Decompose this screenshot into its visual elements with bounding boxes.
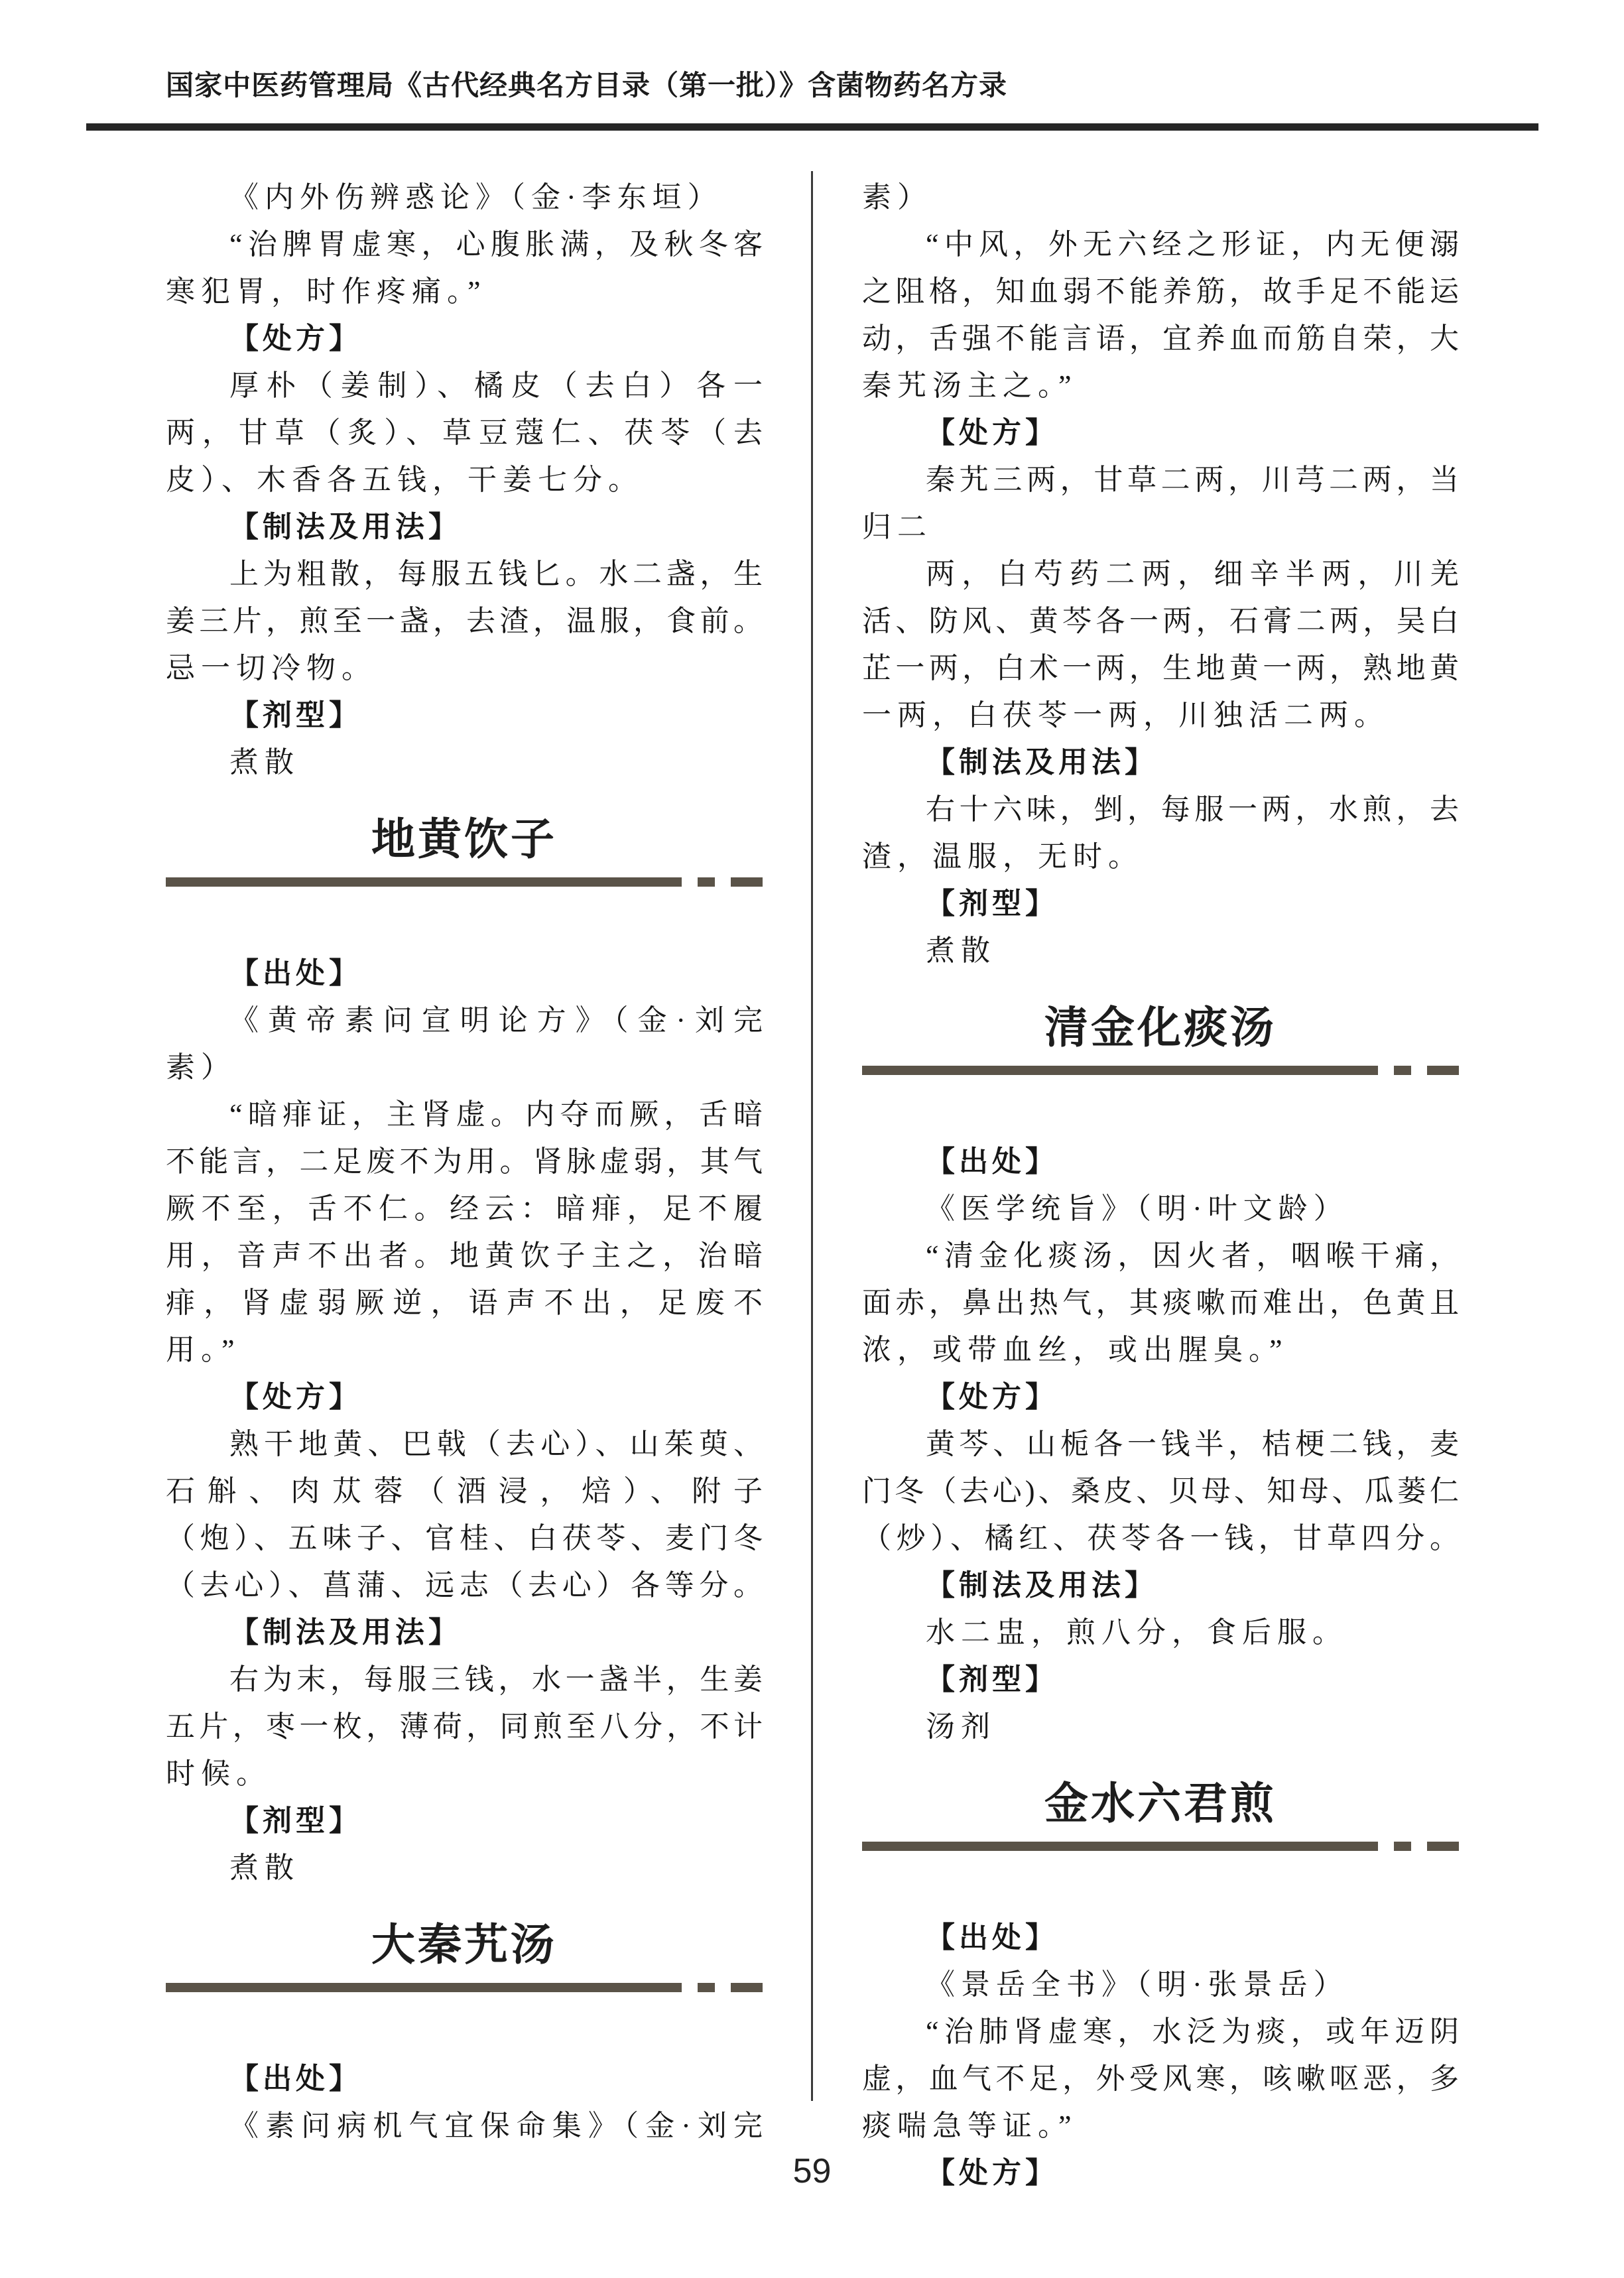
text-line: 素）: [862, 174, 1459, 221]
section-rule-gap: [1411, 1066, 1427, 1075]
text-line: 【制法及用法】: [862, 1562, 1459, 1609]
text-line: 厚朴（姜制）、橘皮（去白）各一: [166, 362, 763, 409]
section-rule-bar: [1427, 1066, 1459, 1075]
text-line: 【处方】: [862, 409, 1459, 456]
section-rule: [166, 1983, 763, 1992]
section-rule-bar: [862, 1842, 1378, 1851]
book-page: { "header": { "title": "国家中医药管理局《古代经典名方目…: [0, 0, 1624, 2278]
text-line: 《素问病机气宜保命集》（金·刘完: [166, 2102, 763, 2149]
text-line: 两，白芍药二两，细辛半两，川羌: [862, 550, 1459, 598]
text-line: 痰喘急等证。”: [862, 2102, 1459, 2149]
section-title: 地黄饮子: [166, 815, 763, 863]
section-rule-gap: [1378, 1066, 1394, 1075]
text-line: 门冬（去心)、桑皮、贝母、知母、瓜蒌仁: [862, 1468, 1459, 1515]
text-line: 归二: [862, 503, 1459, 550]
text-line: 两，甘草（炙）、草豆蔻仁、茯苓（去: [166, 409, 763, 456]
text-line: 忌一切冷物。: [166, 645, 763, 692]
text-line: 煮散: [166, 1844, 763, 1891]
text-line: 上为粗散，每服五钱匕。水二盏，生: [166, 550, 763, 598]
text-line: 用。”: [166, 1326, 763, 1373]
text-line: 【处方】: [166, 1373, 763, 1421]
text-line: 【剂型】: [166, 1797, 763, 1844]
text-line: “清金化痰汤，因火者，咽喉干痛，: [862, 1232, 1459, 1279]
text-line: 【出处】: [166, 2055, 763, 2102]
text-line: 寒犯胃，时作疼痛。”: [166, 268, 763, 315]
text-line: “治脾胃虚寒，心腹胀满，及秋冬客: [166, 221, 763, 268]
formula-section-heading: 大秦艽汤: [166, 1921, 763, 1992]
text-line: 时候。: [166, 1750, 763, 1797]
section-rule-bar: [731, 1983, 763, 1992]
section-rule-gap: [1411, 1842, 1427, 1851]
section-title: 大秦艽汤: [166, 1921, 763, 1968]
text-line: 秦艽三两，甘草二两，川芎二两，当: [862, 456, 1459, 503]
section-rule-bar: [698, 877, 715, 887]
text-line: 【制法及用法】: [862, 739, 1459, 786]
text-line: 动，舌强不能言语，宜养血而筋自荣，大: [862, 315, 1459, 362]
text-line: “中风，外无六经之形证，内无便溺: [862, 221, 1459, 268]
text-line: 煮散: [166, 739, 763, 786]
column-divider: [811, 171, 813, 2101]
text-line: 《医学统旨》（明·叶文龄）: [862, 1185, 1459, 1232]
text-line: 活、防风、黄芩各一两，石膏二两，吴白: [862, 598, 1459, 645]
text-line: 姜三片，煎至一盏，去渣，温服，食前。: [166, 598, 763, 645]
text-line: （去心）、菖蒲、远志（去心）各等分。: [166, 1562, 763, 1609]
section-title: 金水六君煎: [862, 1779, 1459, 1827]
text-line: 【出处】: [862, 1138, 1459, 1185]
left-column: 《内外伤辨惑论》（金·李东垣）“治脾胃虚寒，心腹胀满，及秋冬客寒犯胃，时作疼痛。…: [166, 174, 763, 2149]
section-rule-bar: [862, 1066, 1378, 1075]
text-line: 【剂型】: [862, 1656, 1459, 1703]
text-line: 煮散: [862, 927, 1459, 974]
text-line: “治肺肾虚寒，水泛为痰，或年迈阴: [862, 2008, 1459, 2055]
text-line: （炮）、五味子、官桂、白茯苓、麦门冬: [166, 1515, 763, 1562]
text-line: 不能言，二足废不为用。肾脉虚弱，其气: [166, 1138, 763, 1185]
text-line: 【剂型】: [862, 880, 1459, 927]
text-line: 面赤，鼻出热气，其痰嗽而难出，色黄且: [862, 1279, 1459, 1326]
text-line: 【处方】: [862, 1373, 1459, 1421]
page-number: 59: [0, 2151, 1624, 2191]
text-line: （炒）、橘红、茯苓各一钱，甘草四分。: [862, 1515, 1459, 1562]
text-line: 五片，枣一枚，薄荷，同煎至八分，不计: [166, 1703, 763, 1750]
section-rule-bar: [166, 1983, 682, 1992]
page-header-title: 国家中医药管理局《古代经典名方目录（第一批）》含菌物药名方录: [166, 69, 1007, 103]
formula-section-heading: 清金化痰汤: [862, 1003, 1459, 1075]
text-line: 【出处】: [862, 1914, 1459, 1961]
section-rule-bar: [1427, 1842, 1459, 1851]
text-line: 素）: [166, 1044, 763, 1091]
text-line: 【制法及用法】: [166, 1609, 763, 1656]
section-rule: [862, 1842, 1459, 1851]
section-rule-gap: [682, 877, 698, 887]
formula-section-heading: 金水六君煎: [862, 1779, 1459, 1851]
text-line: 皮）、木香各五钱，干姜七分。: [166, 456, 763, 503]
section-rule-bar: [166, 877, 682, 887]
text-line: 厥不至，舌不仁。经云：暗痱，足不履: [166, 1185, 763, 1232]
text-line: 渣，温服，无时。: [862, 833, 1459, 880]
text-line: 黄芩、山栀各一钱半，桔梗二钱，麦: [862, 1421, 1459, 1468]
text-line: 之阻格，知血弱不能养筋，故手足不能运: [862, 268, 1459, 315]
text-line: 【制法及用法】: [166, 503, 763, 550]
right-column: 素）“中风，外无六经之形证，内无便溺之阻格，知血弱不能养筋，故手足不能运动，舌强…: [862, 174, 1459, 2196]
text-line: 浓，或带血丝，或出腥臭。”: [862, 1326, 1459, 1373]
text-line: 《黄帝素问宣明论方》（金·刘完: [166, 997, 763, 1044]
section-rule-gap: [715, 1983, 731, 1992]
text-line: 芷一两，白术一两，生地黄一两，熟地黄: [862, 645, 1459, 692]
header-rule: [86, 123, 1538, 131]
section-title: 清金化痰汤: [862, 1003, 1459, 1051]
text-line: 熟干地黄、巴戟（去心）、山茱萸、: [166, 1421, 763, 1468]
section-rule: [166, 877, 763, 887]
formula-section-heading: 地黄饮子: [166, 815, 763, 887]
section-rule-gap: [715, 877, 731, 887]
section-rule-bar: [1394, 1066, 1411, 1075]
text-line: 虚，血气不足，外受风寒，咳嗽呕恶，多: [862, 2055, 1459, 2102]
section-rule-bar: [1394, 1842, 1411, 1851]
text-line: 《内外伤辨惑论》（金·李东垣）: [166, 174, 763, 221]
text-line: 汤剂: [862, 1703, 1459, 1750]
text-line: 《景岳全书》（明·张景岳）: [862, 1961, 1459, 2008]
text-line: 一两，白茯苓一两，川独活二两。: [862, 692, 1459, 739]
section-rule-bar: [698, 1983, 715, 1992]
text-line: 用，音声不出者。地黄饮子主之，治暗: [166, 1232, 763, 1279]
text-line: 右十六味，剉，每服一两，水煎，去: [862, 786, 1459, 833]
text-line: “暗痱证，主肾虚。内夺而厥，舌暗: [166, 1091, 763, 1138]
section-rule-gap: [1378, 1842, 1394, 1851]
section-rule-gap: [682, 1983, 698, 1992]
section-rule-bar: [731, 877, 763, 887]
text-line: 石斛、肉苁蓉（酒浸，焙）、附子: [166, 1468, 763, 1515]
text-line: 【出处】: [166, 950, 763, 997]
text-line: 右为末，每服三钱，水一盏半，生姜: [166, 1656, 763, 1703]
text-line: 痱，肾虚弱厥逆，语声不出，足废不: [166, 1279, 763, 1326]
text-line: 水二盅，煎八分，食后服。: [862, 1609, 1459, 1656]
section-rule: [862, 1066, 1459, 1075]
text-line: 【剂型】: [166, 692, 763, 739]
text-line: 秦艽汤主之。”: [862, 362, 1459, 409]
text-line: 【处方】: [166, 315, 763, 362]
